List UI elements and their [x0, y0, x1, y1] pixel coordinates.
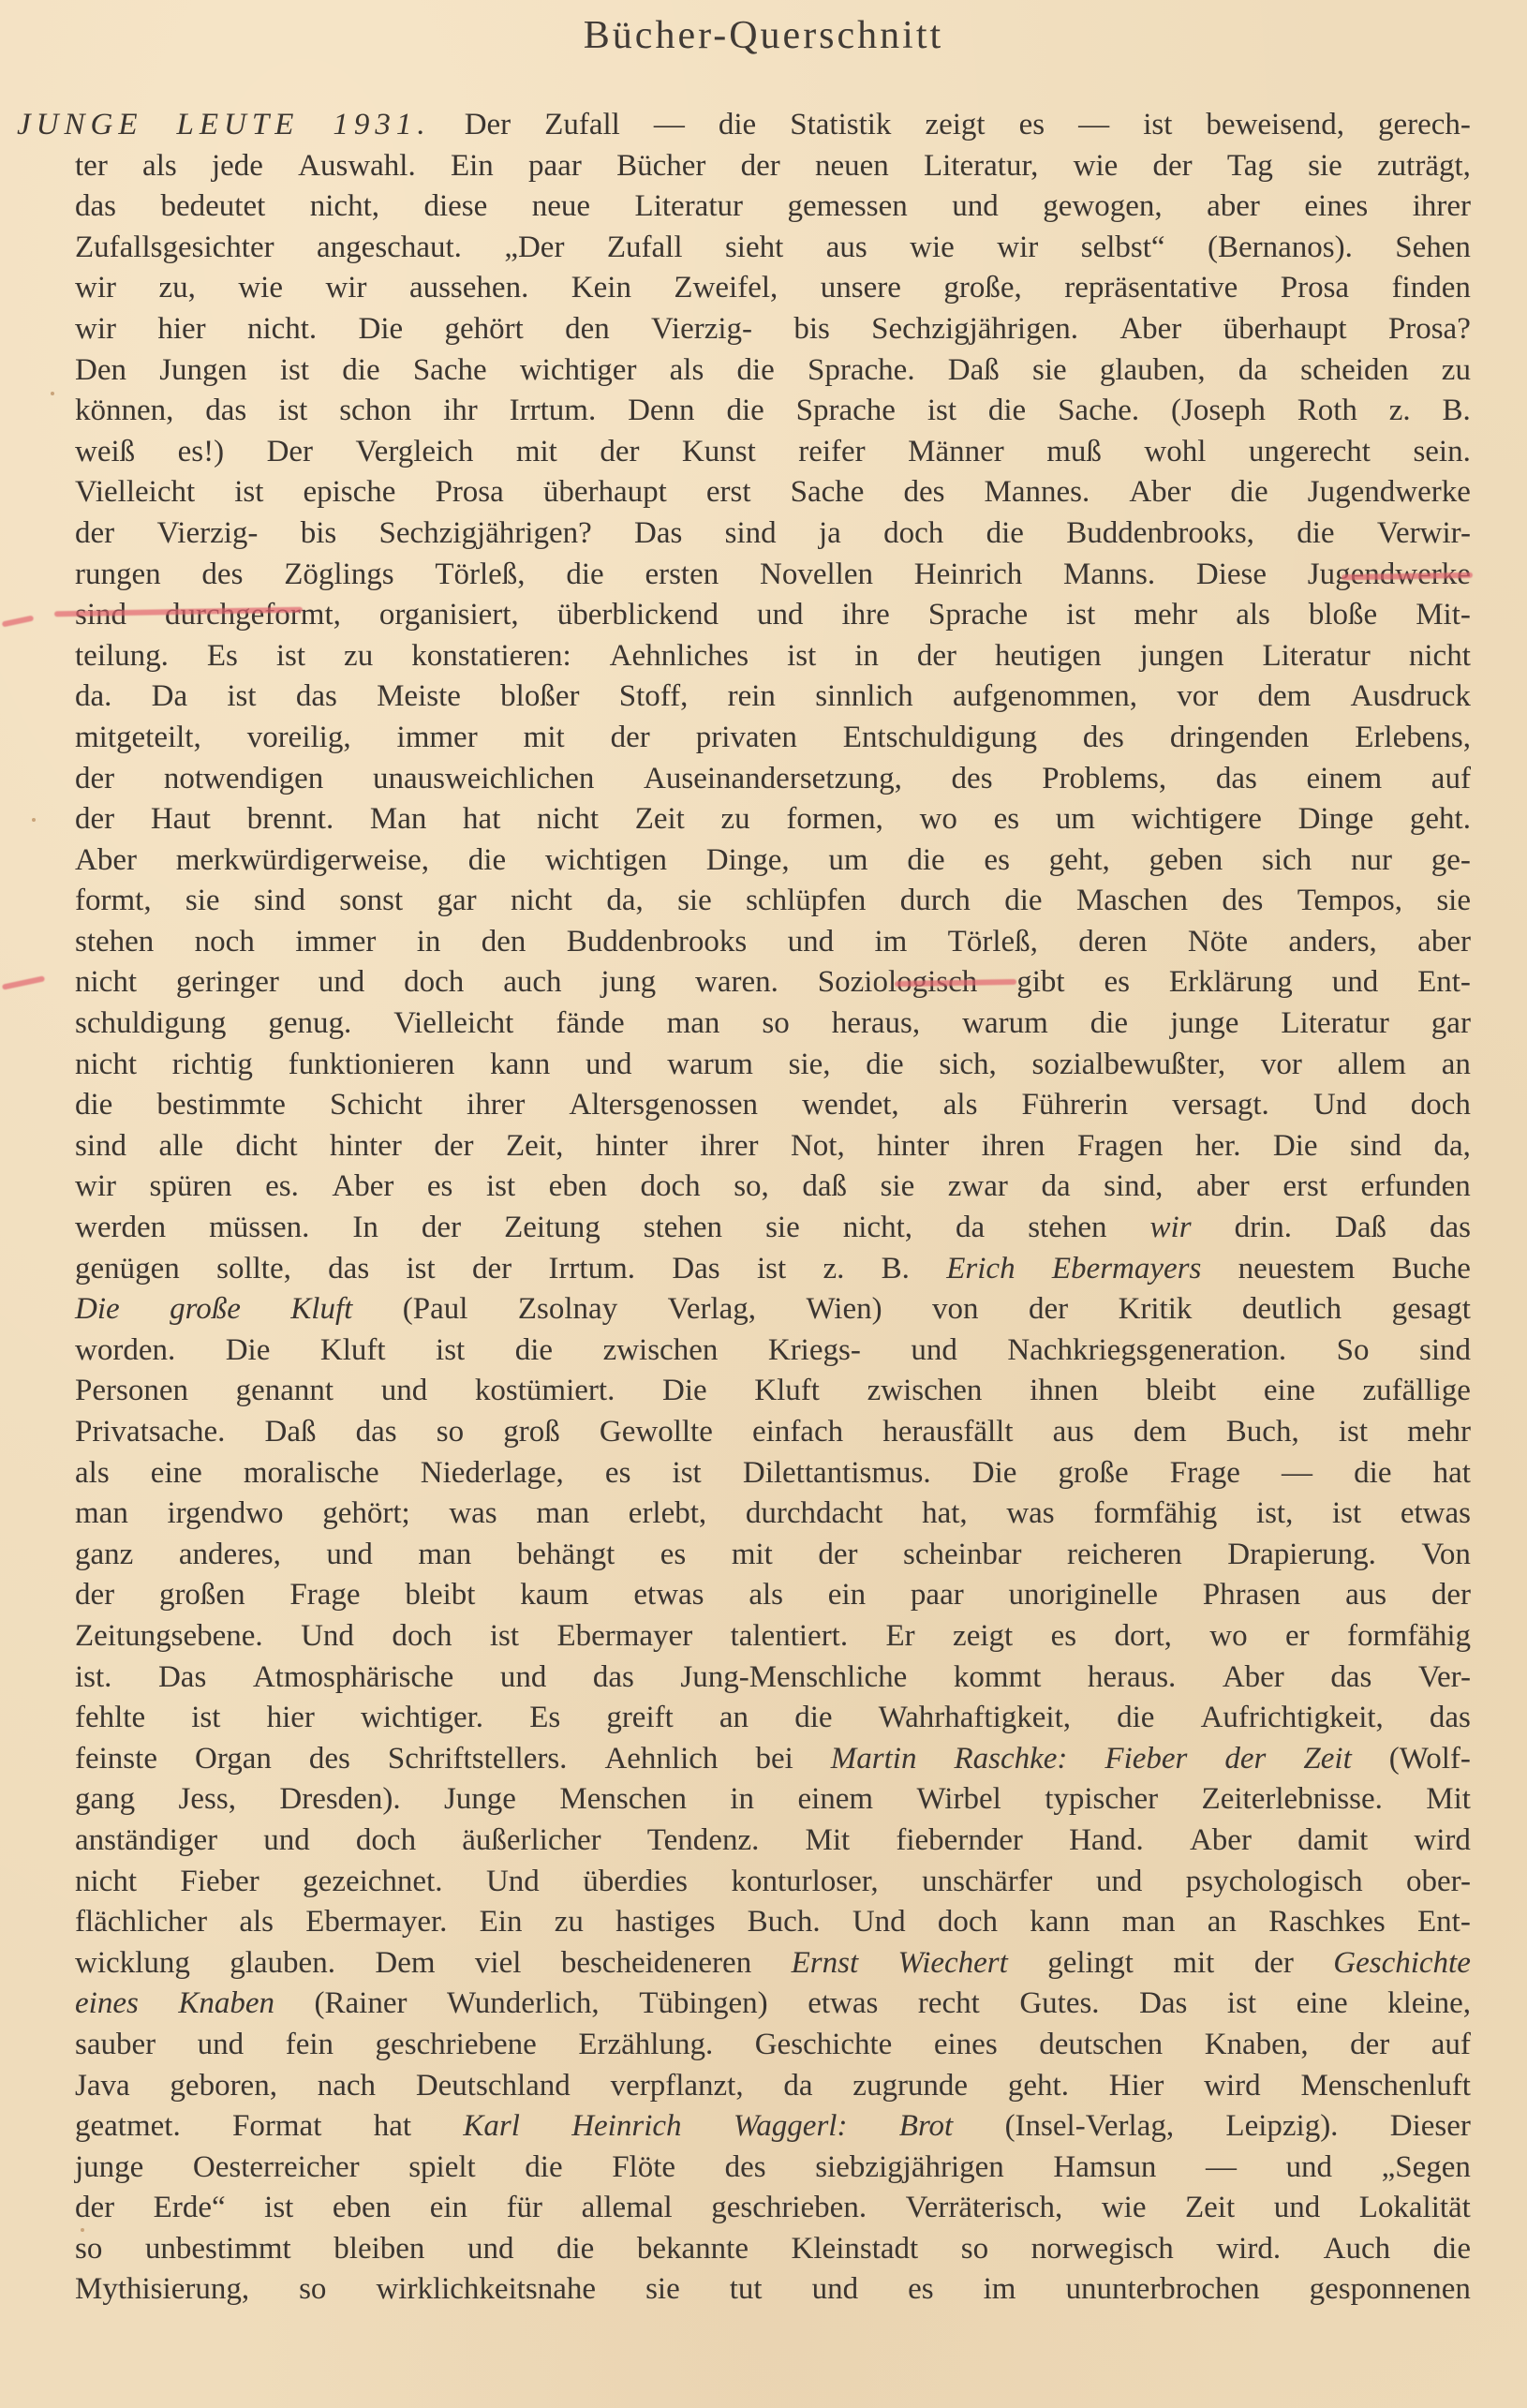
word: daß	[802, 1167, 847, 1208]
word: der	[75, 1575, 114, 1616]
word: Ebermayer.	[305, 1902, 447, 1943]
text-line: wicklungglauben.DemvielbescheidenerenErn…	[75, 1943, 1471, 1984]
word: bloße	[1309, 595, 1377, 636]
paper-speck	[51, 392, 54, 395]
word: Dilettantismus.	[743, 1453, 931, 1494]
word: zu	[721, 799, 750, 840]
word: Man	[370, 799, 427, 840]
word: ganz	[75, 1535, 133, 1576]
word: der	[75, 799, 114, 840]
word: es	[1104, 962, 1130, 1003]
text-line: DiegroßeKluft(PaulZsolnayVerlag,Wien)von…	[75, 1289, 1471, 1330]
text-line: diebestimmteSchichtihrerAltersgenossenwe…	[75, 1085, 1471, 1126]
word: Die	[662, 1371, 707, 1412]
word: wir	[75, 1167, 116, 1208]
word: Irrtum.	[510, 391, 597, 432]
word: —	[1206, 2148, 1237, 2189]
word: Vierzig-	[651, 309, 752, 350]
text-line: manirgendwogehört;wasmanerlebt,durchdach…	[75, 1494, 1471, 1535]
word: Jess,	[179, 1779, 236, 1821]
text-line: nichtrichtigfunktionierenkannundwarumsie…	[75, 1045, 1471, 1086]
word: wie	[910, 228, 955, 269]
word: an	[1442, 1045, 1471, 1086]
word: die	[1354, 1453, 1391, 1494]
word: die	[907, 840, 944, 882]
text-line: nichtFiebergezeichnet.Undüberdieskonturl…	[75, 1862, 1471, 1903]
word: nicht,	[843, 1208, 912, 1249]
scanned-page: Bücher-Querschnitt JUNGELEUTE1931.DerZuf…	[0, 0, 1527, 2408]
word: und	[326, 1535, 373, 1576]
word: Schicht	[330, 1085, 423, 1126]
word: doch	[1411, 1085, 1471, 1126]
word: Geschichte	[755, 2025, 893, 2066]
word: Ent-	[1417, 1902, 1471, 1943]
word: psychologisch	[1186, 1862, 1363, 1903]
page-title: Bücher-Querschnitt	[0, 13, 1527, 58]
text-line: Mythisierung,sowirklichkeitsnahesietutun…	[75, 2269, 1471, 2311]
word: Sechzigjährigen.	[871, 309, 1078, 350]
word: der	[600, 432, 639, 473]
word: fände	[556, 1003, 624, 1045]
word: Törleß,	[948, 922, 1038, 963]
word: ist	[757, 1249, 786, 1290]
word: Ent-	[1417, 962, 1471, 1003]
word: ihnen	[1030, 1371, 1098, 1412]
word: warum	[667, 1045, 753, 1086]
italic-word: Martin	[831, 1739, 917, 1780]
word: unoriginelle	[1009, 1575, 1158, 1616]
word: den	[482, 922, 526, 963]
word: Irrtum.	[548, 1249, 635, 1290]
word: und	[467, 2229, 514, 2270]
paper-speck	[32, 818, 36, 822]
word: Kluft	[754, 1371, 820, 1412]
word: wir	[75, 309, 116, 350]
word: ihr	[443, 391, 478, 432]
word: sie	[765, 1208, 800, 1249]
word: damit	[1297, 1821, 1368, 1862]
word: da	[1041, 1167, 1070, 1208]
word: (Wolf-	[1389, 1739, 1471, 1780]
word: geschriebene	[376, 2025, 537, 2066]
word: Und	[301, 1616, 354, 1657]
word: unschärfer	[922, 1862, 1052, 1903]
word: und	[198, 2025, 245, 2066]
word: es	[660, 1535, 687, 1576]
word: eine	[151, 1453, 202, 1494]
word: Stoff,	[619, 676, 689, 718]
word: ihrer	[1413, 186, 1471, 228]
text-line: teilung.Esistzukonstatieren:Aehnlichesis…	[75, 636, 1471, 677]
text-line: derVierzig-bisSechzigjährigen?Dassindjad…	[75, 513, 1471, 555]
word: Sache	[791, 472, 865, 513]
word: Gewollte	[600, 1412, 713, 1453]
word: erst	[1282, 1167, 1327, 1208]
word: neuen	[815, 146, 889, 187]
word: gar	[1431, 1003, 1471, 1045]
word: etwas	[1401, 1494, 1471, 1535]
italic-word: Zeit	[1303, 1739, 1351, 1780]
word: zwischen	[603, 1330, 719, 1372]
word: es.	[265, 1167, 299, 1208]
word: Aehnlich	[604, 1739, 718, 1780]
word: werden	[75, 1208, 166, 1249]
word: tut	[730, 2269, 763, 2311]
word: Ver-	[1418, 1657, 1471, 1699]
word: —	[1282, 1453, 1312, 1494]
word: ist	[276, 636, 305, 677]
word: hat,	[922, 1494, 968, 1535]
word: (Paul	[403, 1289, 468, 1330]
word: dicht	[236, 1126, 298, 1167]
word: behängt	[517, 1535, 615, 1576]
word: Gutes.	[1019, 1984, 1099, 2025]
word: als	[670, 350, 704, 392]
word: Organ	[195, 1739, 272, 1780]
text-line: fehlteisthierwichtiger.EsgreiftandieWahr…	[75, 1698, 1471, 1739]
word: Ein	[451, 146, 494, 187]
word: z.	[823, 1249, 844, 1290]
word: in	[730, 1779, 754, 1821]
text-line: können,dasistschonihrIrrtum.DenndieSprac…	[75, 391, 1471, 432]
word: Aber	[1223, 1657, 1284, 1699]
word: es	[1019, 105, 1045, 146]
word: die	[566, 555, 603, 596]
word: unsere	[821, 268, 901, 309]
word: als	[1236, 595, 1270, 636]
word: dringenden	[1170, 718, 1309, 759]
word: doch	[938, 1902, 998, 1943]
word: ist	[436, 1330, 465, 1372]
word: mehr	[1407, 1412, 1471, 1453]
word: —	[654, 105, 685, 146]
word: die	[342, 350, 379, 392]
word: Prosa?	[1388, 309, 1471, 350]
word: Wahrhaftigkeit,	[879, 1698, 1071, 1739]
word: Menschen	[559, 1779, 687, 1821]
word: die	[525, 2148, 562, 2189]
word: anderes,	[179, 1535, 281, 1576]
word: auf	[1431, 2025, 1471, 2066]
italic-word: Kluft	[290, 1289, 352, 1330]
word: reifer	[798, 432, 865, 473]
word: aufgenommen,	[953, 676, 1137, 718]
word: anständiger	[75, 1821, 217, 1862]
word: man	[667, 1003, 720, 1045]
word: in	[854, 636, 879, 677]
word: ein	[828, 1575, 866, 1616]
word: unbestimmt	[145, 2229, 291, 2270]
word: und	[586, 1045, 632, 1086]
word: Zufall	[544, 105, 620, 146]
word: „Segen	[1382, 2148, 1471, 2189]
word: Buch.	[748, 1902, 821, 1943]
word: Heinrich	[914, 555, 1022, 596]
word: aussehen.	[409, 268, 528, 309]
word: Kein	[571, 268, 631, 309]
word: nicht	[75, 1862, 137, 1903]
word: große	[1059, 1453, 1129, 1494]
word: eben	[333, 2188, 391, 2229]
word: es	[984, 840, 1010, 882]
word: etwas	[808, 1984, 878, 2025]
word: Roth	[1297, 391, 1357, 432]
word: doch	[641, 1167, 701, 1208]
word: deutschen	[1039, 2025, 1163, 2066]
word: heraus,	[832, 1003, 920, 1045]
word: Niederlage,	[421, 1453, 564, 1494]
word: ist	[490, 1616, 519, 1657]
word: das	[356, 1412, 397, 1453]
word: den	[565, 309, 610, 350]
word: ist	[234, 472, 263, 513]
word: ge-	[1431, 840, 1471, 882]
word: privaten	[696, 718, 797, 759]
word: Fieber	[180, 1862, 259, 1903]
word: ter	[75, 146, 108, 187]
word: hinter	[330, 1126, 402, 1167]
word: fehlte	[75, 1698, 145, 1739]
word: Altersgenossen	[569, 1085, 758, 1126]
word: typischer	[1045, 1779, 1158, 1821]
word: nicht	[75, 962, 137, 1003]
word: Ebermayer	[556, 1616, 692, 1657]
word: ist	[280, 350, 309, 392]
word: so	[75, 2229, 102, 2270]
word: die	[75, 1085, 112, 1126]
word: Die	[358, 309, 403, 350]
word: durchgeformt,	[165, 595, 341, 636]
word: durchdacht	[746, 1494, 883, 1535]
word: nach	[318, 2066, 376, 2107]
word: mit	[732, 1535, 773, 1576]
word: ist	[1066, 595, 1095, 636]
word: kann	[490, 1045, 550, 1086]
word: gewogen,	[1043, 186, 1162, 228]
word: neuestem	[1238, 1249, 1356, 1290]
word: und	[1332, 962, 1379, 1003]
italic-word: Waggerl:	[734, 2106, 848, 2148]
word: Das	[634, 513, 682, 555]
word: als	[943, 1085, 978, 1126]
word: Auseinandersetzung,	[644, 759, 902, 800]
word: Kluft	[320, 1330, 386, 1372]
word: norwegisch	[1031, 2229, 1174, 2270]
word: sind	[1419, 1330, 1471, 1372]
word: doch	[883, 513, 943, 555]
text-line: alseinemoralischeNiederlage,esistDiletta…	[75, 1453, 1471, 1494]
word: heutigen	[995, 636, 1102, 677]
word: angeschaut.	[317, 228, 462, 269]
word: aus	[1053, 1412, 1094, 1453]
word: wo	[1209, 1616, 1247, 1657]
word: Hamsun	[1053, 2148, 1156, 2189]
word: Statistik	[790, 105, 891, 146]
word: greift	[606, 1698, 673, 1739]
word: gezeichnet.	[303, 1862, 442, 1903]
word: so	[437, 1412, 464, 1453]
word: geschrieben.	[711, 2188, 867, 2229]
word: dem	[1257, 676, 1311, 718]
word: Diese	[1196, 555, 1267, 596]
word: nicht	[1409, 636, 1471, 677]
word: konturloser,	[731, 1862, 878, 1903]
word: Zufall	[607, 228, 683, 269]
word: glauben.	[230, 1943, 335, 1984]
word: ihren	[982, 1126, 1045, 1167]
word: man	[75, 1494, 128, 1535]
word: das	[75, 186, 116, 228]
word: zu,	[158, 268, 195, 309]
word: Literatur	[1262, 636, 1370, 677]
word: Vielleicht	[75, 472, 195, 513]
word: Buch,	[1226, 1412, 1299, 1453]
italic-word: Knaben	[178, 1984, 274, 2025]
word: Verräterisch,	[906, 2188, 1063, 2229]
word: sauber	[75, 2025, 156, 2066]
word: ist	[227, 676, 256, 718]
word: sinnlich	[815, 676, 913, 718]
word: ist	[673, 1453, 702, 1494]
text-line: flächlicheralsEbermayer.EinzuhastigesBuc…	[75, 1902, 1471, 1943]
italic-word: Geschichte	[1333, 1943, 1471, 1984]
word: geatmet.	[75, 2106, 181, 2148]
word: Aber	[332, 1167, 393, 1208]
word: Da	[152, 676, 187, 718]
word: auf	[1431, 759, 1471, 800]
word: und	[319, 962, 365, 1003]
word: verpflanzt,	[611, 2066, 744, 2107]
word: glauben,	[1100, 350, 1206, 392]
word: im	[874, 922, 907, 963]
word: das	[296, 676, 337, 718]
word: der	[741, 146, 780, 187]
word: richtig	[172, 1045, 253, 1086]
word: moralische	[244, 1453, 379, 1494]
text-line: Personengenanntundkostümiert.DieKluftzwi…	[75, 1371, 1471, 1412]
word: Tendenz.	[647, 1821, 760, 1862]
word: Zeit	[635, 799, 685, 840]
word: erst	[706, 472, 751, 513]
word: das	[328, 1249, 369, 1290]
word: auch	[503, 962, 561, 1003]
word: —	[1078, 105, 1109, 146]
word: ersten	[645, 555, 719, 596]
word: im	[984, 2269, 1016, 2311]
word: wirklichkeitsnahe	[376, 2269, 596, 2311]
word: des	[309, 1739, 350, 1780]
word: da	[956, 1208, 985, 1249]
word: man	[418, 1535, 471, 1576]
word: sieht	[725, 228, 783, 269]
word: und	[263, 1821, 310, 1862]
word: nicht	[511, 881, 572, 922]
word: Lokalität	[1359, 2188, 1471, 2229]
word: wie	[1102, 2188, 1147, 2229]
italic-word: Raschke:	[954, 1739, 1067, 1780]
word: rein	[728, 676, 776, 718]
word: versagt.	[1172, 1085, 1269, 1126]
word: formfähig	[1347, 1616, 1471, 1657]
word: Das	[158, 1657, 206, 1699]
italic-word: Wiechert	[898, 1943, 1008, 1984]
word: zwar	[948, 1167, 1008, 1208]
word: Und	[486, 1862, 540, 1903]
word: da.	[75, 676, 111, 718]
word: selbst“	[1081, 228, 1165, 269]
word: wird	[1414, 1821, 1471, 1862]
word: zu	[555, 1902, 584, 1943]
word: Erlebens,	[1355, 718, 1471, 759]
word: immer	[295, 922, 376, 963]
word: die	[515, 1330, 553, 1372]
word: das	[1430, 1208, 1471, 1249]
text-line: worden.DieKluftistdiezwischenKriegs-undN…	[75, 1330, 1471, 1372]
red-pencil-margin-mark	[2, 616, 35, 628]
word: Kleinstadt	[792, 2229, 919, 2270]
word: formfähig	[1093, 1494, 1217, 1535]
word: des	[201, 555, 243, 596]
word: schlüpfen	[746, 881, 866, 922]
word: Sprache	[928, 595, 1028, 636]
text-line: Zufallsgesichterangeschaut.„DerZufallsie…	[75, 228, 1471, 269]
word: zufällige	[1363, 1371, 1471, 1412]
word: schon	[339, 391, 411, 432]
word: doch	[356, 1821, 416, 1862]
text-line: feinsteOrgandesSchriftstellers.Aehnlichb…	[75, 1739, 1471, 1780]
italic-word: Brot	[899, 2106, 953, 2148]
word: gehört	[444, 309, 523, 350]
word: einem	[797, 1779, 873, 1821]
word: Sprache.	[808, 350, 915, 392]
word: Bücher	[616, 146, 705, 187]
word: die	[719, 105, 756, 146]
word: recht	[918, 1984, 980, 2025]
word: ununterbrochen	[1066, 2269, 1260, 2311]
word: sie	[645, 2269, 680, 2311]
word: Zsolnay	[518, 1289, 617, 1330]
word: ist	[1339, 1412, 1368, 1453]
text-line: Javageboren,nachDeutschlandverpflanzt,da…	[75, 2066, 1471, 2107]
word: unausweichlichen	[373, 759, 594, 800]
text-line: genügensollte,dasistderIrrtum.Dasistz.B.…	[75, 1249, 1471, 1290]
word: es	[994, 799, 1020, 840]
word: Phrasen	[1203, 1575, 1300, 1616]
word: als	[75, 1453, 110, 1494]
word: bleiben	[334, 2229, 424, 2270]
word: als	[749, 1575, 783, 1616]
word: Problems,	[1042, 759, 1166, 800]
word: des	[1083, 718, 1124, 759]
word: bis	[301, 513, 337, 555]
word: Es	[207, 636, 238, 677]
word: paar	[528, 146, 582, 187]
word: Raschkes	[1268, 1902, 1386, 1943]
word: ist	[1332, 1494, 1361, 1535]
word: Tag	[1227, 146, 1273, 187]
word: gesponnenen	[1310, 2269, 1471, 2311]
section-heading-word: 1931.	[333, 105, 430, 146]
section-heading-word: LEUTE	[177, 105, 300, 146]
word: sie	[1436, 881, 1471, 922]
text-line: sounbestimmtbleibenunddiebekannteKleinst…	[75, 2229, 1471, 2270]
word: ja	[819, 513, 841, 555]
word: bis	[793, 309, 830, 350]
word: und	[1286, 2148, 1333, 2189]
word: Mythisierung,	[75, 2269, 249, 2311]
word: wendet,	[802, 1085, 899, 1126]
word: doch	[392, 1616, 452, 1657]
